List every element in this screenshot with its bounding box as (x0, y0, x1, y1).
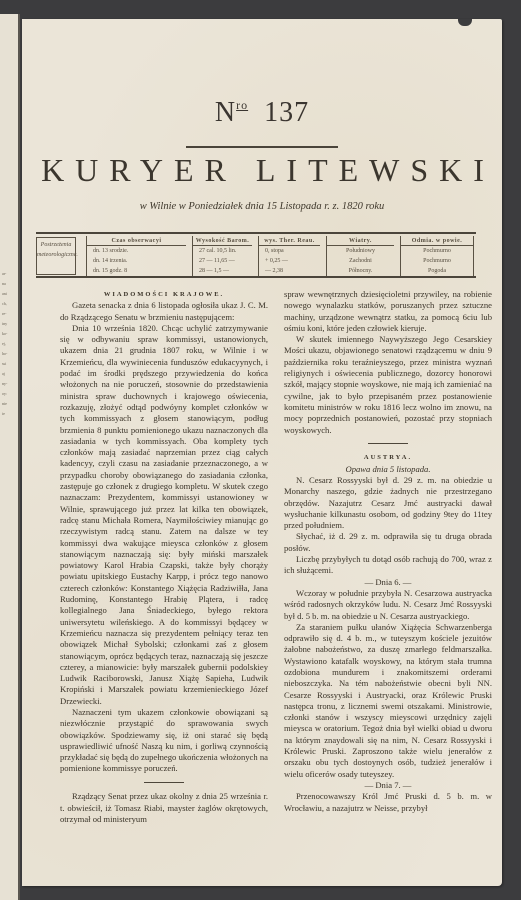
adjacent-page-fragment: ssi (0, 359, 18, 369)
weather-cell: Północny. (327, 266, 394, 276)
weather-table: Postrzeżenia meteorologiczne. Czas obser… (36, 232, 476, 278)
section-heading-austria: AUSTRYA. (284, 452, 492, 463)
weather-cell: Pogoda (401, 266, 473, 276)
newspaper-page: Nro 137 KURYER LITEWSKI w Wilnie w Ponie… (22, 19, 502, 886)
weather-cell: Południowy (327, 246, 394, 256)
weather-col-header: wys. Ther. Reau. (259, 236, 320, 246)
weather-cell: — 2,38 (259, 266, 320, 276)
left-column: WIADOMOŚCI KRAJOWE. Gazeta senacka z dni… (60, 289, 268, 825)
weather-cell: + 0,25 — (259, 256, 320, 266)
article-paragraph: Wczoray w południe przybyła N. Cesarzowa… (284, 588, 492, 622)
weather-col-header: Wysokość Barom. (193, 236, 252, 246)
weather-cell: dn. 14 irzenia. (87, 256, 186, 266)
article-paragraph: N. Cesarz Rossyyski był d. 29 z. m. na o… (284, 475, 492, 531)
weather-col-wind: Wiatry. Południowy Zachodni Północny. (326, 236, 394, 276)
article-paragraph: Dnia 10 września 1820. Chcąc uchylić zat… (60, 323, 268, 707)
weather-cell: Pochmurno (401, 256, 473, 266)
issue-prefix: N (215, 97, 236, 128)
weather-cell: Pochmurno (401, 246, 473, 256)
weather-col-thermometer: wys. Ther. Reau. 0, stopa + 0,25 — — 2,3… (258, 236, 320, 276)
adjacent-page-fragment: re- (0, 309, 18, 319)
day-label: — Dnia 6. — (284, 577, 492, 588)
adjacent-page-fragment: iny (0, 319, 18, 329)
title-rule (186, 146, 338, 148)
adjacent-page-edge: ar-naanich,re-inyko-ej,ho-ssiajny-oy:nie… (0, 14, 20, 900)
newspaper-title: KURYER LITEWSKI (22, 152, 502, 189)
adjacent-page-fragment: ch, (0, 299, 18, 309)
section-heading-domestic: WIADOMOŚCI KRAJOWE. (60, 289, 268, 300)
weather-cell: 27 cal. 10,5 lin. (193, 246, 252, 256)
weather-cell: Zachodni (327, 256, 394, 266)
article-paragraph: Rządzący Senat przez ukaz okolny z dnia … (60, 791, 268, 825)
article-paragraph: Przenocowawszy Król Jmć Pruski d. 5 b. m… (284, 791, 492, 814)
section-divider (368, 443, 408, 445)
adjacent-page-fragment: nie (0, 399, 18, 409)
adjacent-page-fragment: ani (0, 289, 18, 299)
weather-col-barometer: Wysokość Barom. 27 cal. 10,5 lin. 27 — 1… (192, 236, 252, 276)
adjacent-page-fragment: ho- (0, 349, 18, 359)
article-paragraph: Za staraniem pułku ułanów Xiążęcia Schwa… (284, 622, 492, 780)
adjacent-page-fragment: ej, (0, 339, 18, 349)
torn-corner (458, 19, 472, 26)
issue-suffix: ro (236, 98, 248, 112)
weather-table-label: Postrzeżenia meteorologiczne. (36, 237, 76, 275)
adjacent-page-fragment: ko- (0, 329, 18, 339)
weather-cell: 27 — 11,65 — (193, 256, 252, 266)
right-column: spraw wewnętrznych dziesięcioletni przyw… (284, 289, 492, 814)
weather-col-header: Odmia. w powie. (401, 236, 473, 246)
article-paragraph: spraw wewnętrznych dziesięcioletni przyw… (284, 289, 492, 334)
issue-number: Nro 137 (22, 97, 502, 129)
article-paragraph: Naznaczeni tym ukazem członkowie obowiąz… (60, 707, 268, 775)
weather-cell: 0, stopa (259, 246, 320, 256)
section-subheading: Opawa dnia 5 listopada. (284, 464, 492, 475)
adjacent-page-text: ar-naanich,re-inyko-ej,ho-ssiajny-oy:nie… (0, 14, 18, 419)
weather-col-header: Czas obserwacyi (87, 236, 186, 246)
weather-col-time: Czas obserwacyi dn. 13 srodzie. dn. 14 i… (86, 236, 186, 276)
adjacent-page-fragment: aj (0, 369, 18, 379)
adjacent-page-fragment: oy: (0, 389, 18, 399)
weather-cell: dn. 15 godz. 8 (87, 266, 186, 276)
section-divider (144, 782, 184, 784)
article-paragraph: W skutek imiennego Naywyższego Jego Cesa… (284, 334, 492, 436)
article-paragraph: Gazeta senacka z dnia 6 listopada ogłosi… (60, 300, 268, 323)
weather-col-header: Wiatry. (327, 236, 394, 246)
adjacent-page-fragment: na (0, 279, 18, 289)
day-label: — Dnia 7. — (284, 780, 492, 791)
article-paragraph: Liczbę przybyłych tu dotąd osób rachują … (284, 554, 492, 577)
weather-cell: dn. 13 srodzie. (87, 246, 186, 256)
weather-col-sky: Odmia. w powie. Pochmurno Pochmurno Pogo… (400, 236, 474, 276)
article-paragraph: Słychać, iż d. 29 z. m. odprawiła się tu… (284, 531, 492, 554)
dateline: w Wilnie w Poniedziałek dnia 15 Listopad… (22, 201, 502, 212)
weather-cell: 28 — 1,5 — (193, 266, 252, 276)
adjacent-page-fragment: ny- (0, 379, 18, 389)
issue-number-value: 137 (264, 97, 309, 128)
adjacent-page-fragment: ar- (0, 269, 18, 279)
adjacent-page-fragment: ie (0, 409, 18, 419)
